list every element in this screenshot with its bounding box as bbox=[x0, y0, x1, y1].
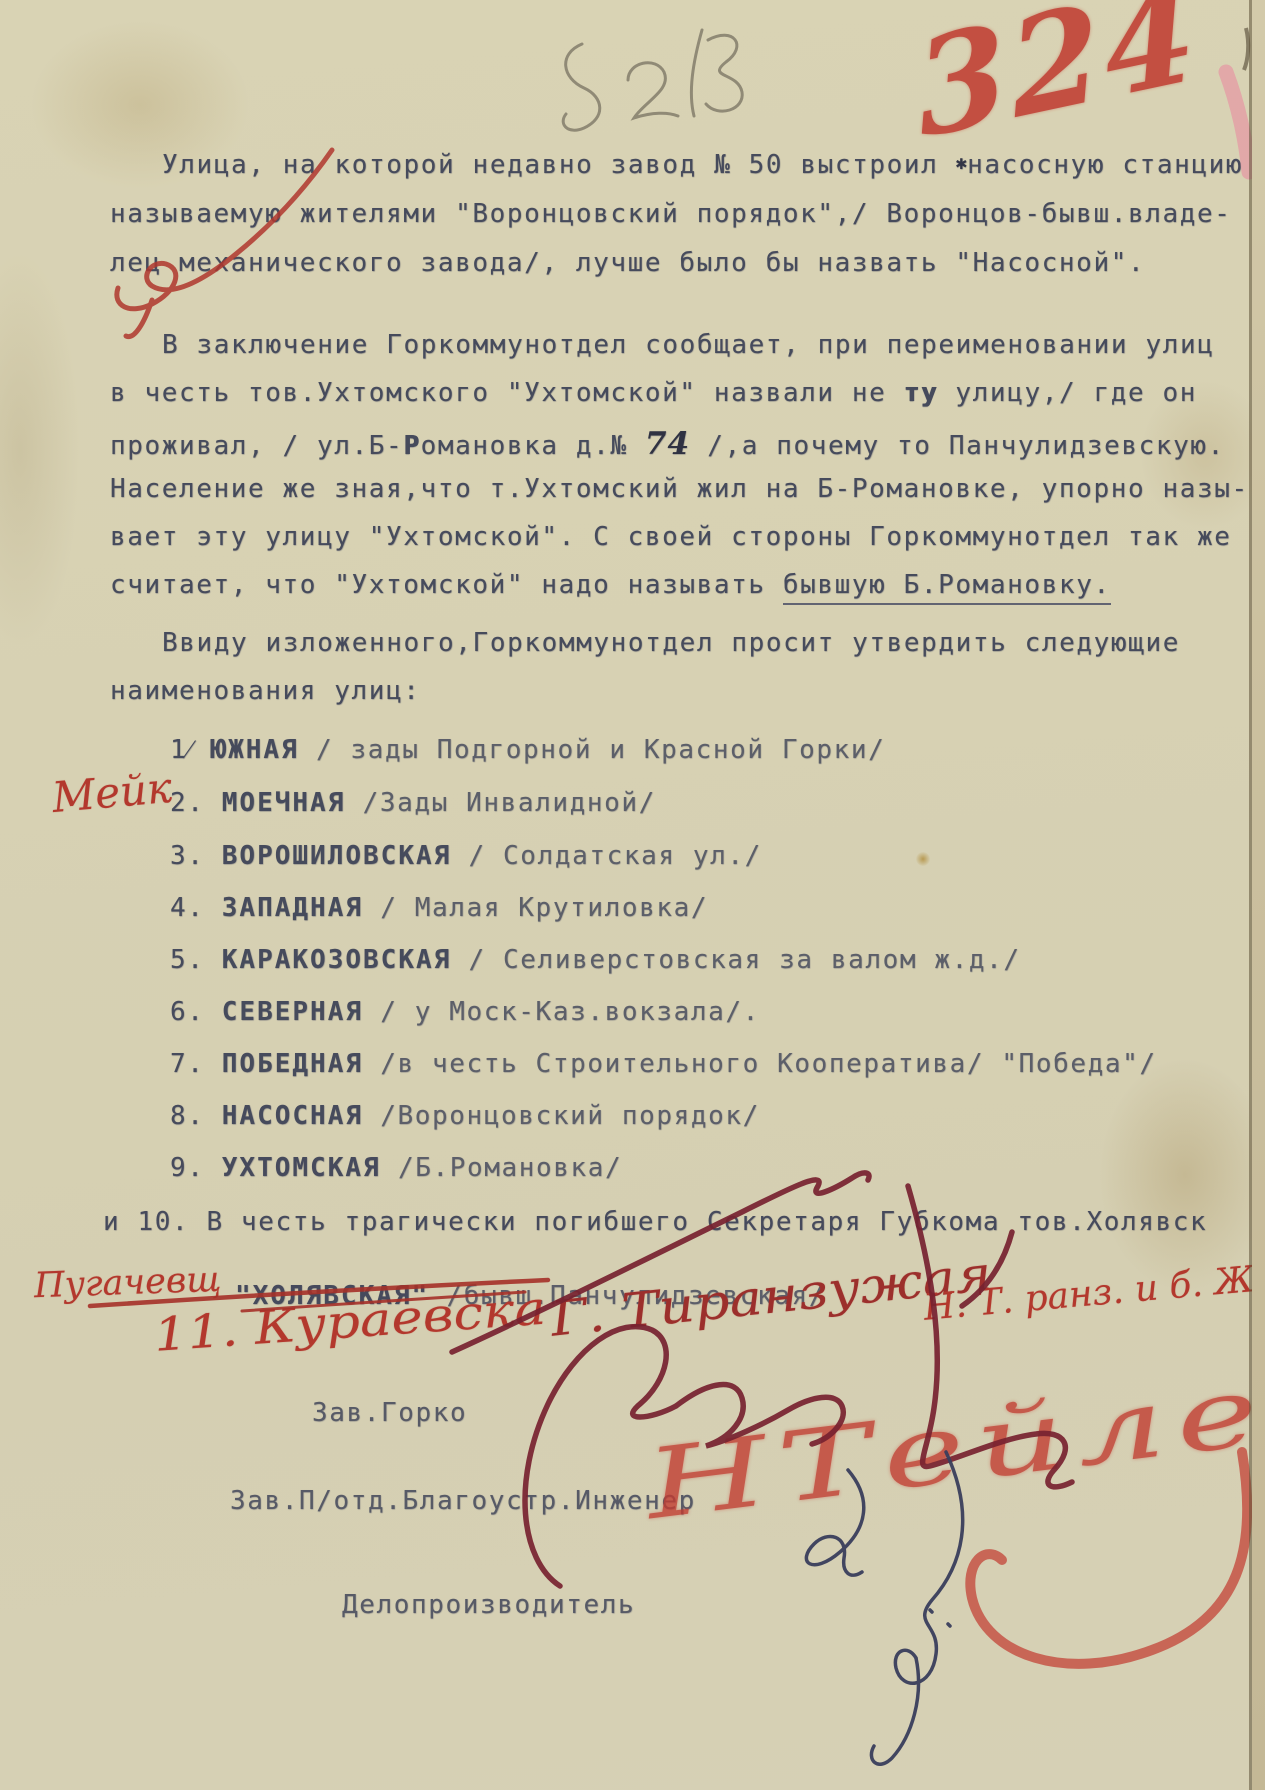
paragraph1-line2: называемую жителями "Воронцовский порядо… bbox=[110, 199, 1231, 229]
street-list-item: 1⁄ ЮЖНАЯ / зады Подгорной и Красной Горк… bbox=[170, 735, 885, 765]
paragraph2-line2: в честь тов.Ухтомского "Ухтомской" назва… bbox=[110, 378, 1197, 408]
underlined-street-name: бывшую Б.Романовку. bbox=[783, 570, 1111, 605]
signature-role-gorkomkhoz: Зав.Горко bbox=[312, 1398, 467, 1428]
p2-l2-post: улицу,/ где он bbox=[938, 378, 1197, 408]
paragraph1-line3: лец механического завода/, лучше было бы… bbox=[110, 248, 1145, 278]
item-number: 3. bbox=[170, 841, 205, 871]
street-old-name: / зады Подгорной и Красной Горки/ bbox=[316, 735, 885, 765]
paragraph1-line1: Улица, на которой недавно завод № 50 выс… bbox=[162, 150, 1243, 180]
street-list-item: 7. ПОБЕДНАЯ /в честь Строительного Коопе… bbox=[170, 1049, 1157, 1079]
p1-l1-rest: насосную станцию bbox=[967, 150, 1243, 180]
street-list-item: 8. НАСОСНАЯ /Воронцовский порядок/ bbox=[170, 1101, 760, 1131]
street-list-item: 3. ВОРОШИЛОВСКАЯ / Солдатская ул./ bbox=[170, 841, 762, 871]
street-list-item: 6. СЕВЕРНАЯ / у Моск-Каз.вокзала/. bbox=[170, 997, 760, 1027]
red-margin-word: Пугачевщ bbox=[33, 1260, 222, 1307]
red-margin-note: Мейк bbox=[50, 763, 174, 822]
scanned-document-page: Улица, на которой недавно завод № 50 выс… bbox=[0, 0, 1265, 1790]
street-name: ЗАПАДНАЯ bbox=[222, 893, 363, 923]
street-list-item: 5. КАРАКОЗОВСКАЯ / Селиверстовская за ва… bbox=[170, 945, 1021, 975]
item-number: 5. bbox=[170, 945, 205, 975]
pencil-note bbox=[563, 30, 742, 130]
p2-l3-pre: проживал, / ул.Б- bbox=[110, 431, 403, 461]
item-number: 8. bbox=[170, 1101, 205, 1131]
paragraph2-line3: проживал, / ул.Б-Романовка д.№ 74 /,а по… bbox=[110, 426, 1225, 462]
street-name: ЮЖНАЯ bbox=[210, 735, 298, 765]
street-name: КАРАКОЗОВСКАЯ bbox=[222, 945, 452, 975]
street-name: СЕВЕРНАЯ bbox=[222, 997, 363, 1027]
street-old-name: /Зады Инвалидной/ bbox=[363, 788, 656, 818]
paragraph2-line1: В заключение Горкоммунотдел сообщает, пр… bbox=[162, 330, 1214, 360]
street-old-name: /Б.Романовка/ bbox=[398, 1153, 622, 1183]
signature-role-engineer: Зав.П/отд.Благоустр.Инженер bbox=[230, 1486, 696, 1516]
item-number: 2. bbox=[170, 788, 205, 818]
street-name: ВОРОШИЛОВСКАЯ bbox=[222, 841, 452, 871]
p2-l2-pre: в честь тов.Ухтомского "Ухтомской" назва… bbox=[110, 378, 904, 408]
item-number: 9. bbox=[170, 1153, 205, 1183]
street-list-item: 2. МОЕЧНАЯ /Зады Инвалидной/ bbox=[170, 788, 656, 818]
item-number: 6. bbox=[170, 997, 205, 1027]
p2-l3-post: /,а почему то Панчулидзевскую. bbox=[690, 431, 1225, 461]
emphasized-word: ту bbox=[904, 378, 939, 408]
street-old-name: /в честь Строительного Кооператива/ "Поб… bbox=[380, 1049, 1156, 1079]
street-name: ПОБЕДНАЯ bbox=[222, 1049, 363, 1079]
page-edge-notch bbox=[1244, 28, 1248, 70]
street-name: УХТОМСКАЯ bbox=[222, 1153, 381, 1183]
signature-role-clerk: Делопроизводитель bbox=[342, 1590, 635, 1620]
street-old-name: / у Моск-Каз.вокзала/. bbox=[380, 997, 760, 1027]
street-list-item: 4. ЗАПАДНАЯ / Малая Крутиловка/ bbox=[170, 893, 708, 923]
street-list-item-10: и 10. В честь трагически погибшего Секре… bbox=[103, 1207, 1207, 1237]
street-old-name: / Солдатская ул./ bbox=[469, 841, 762, 871]
handwritten-house-number: 74 bbox=[645, 426, 690, 462]
paper-stain bbox=[0, 250, 80, 650]
paragraph2-line5: вает эту улицу "Ухтомской". С своей стор… bbox=[110, 522, 1231, 552]
underlying-sheet-edge bbox=[1252, 0, 1265, 1790]
red-page-number: 324 bbox=[909, 0, 1207, 169]
item-number: 1⁄ bbox=[170, 735, 193, 765]
paragraph3-line1: Ввиду изложенного,Горкоммунотдел просит … bbox=[162, 628, 1180, 658]
street-name: МОЕЧНАЯ bbox=[222, 788, 346, 818]
street-name: НАСОСНАЯ bbox=[222, 1101, 363, 1131]
street-old-name: /Воронцовский порядок/ bbox=[380, 1101, 760, 1131]
overstruck-letter: Р bbox=[403, 431, 420, 461]
item-number: 7. bbox=[170, 1049, 205, 1079]
red-pencil-signature: НТейле bbox=[640, 1354, 1265, 1542]
item-number: 4. bbox=[170, 893, 205, 923]
p2-l6-pre: считает, что "Ухтомской" надо называть bbox=[110, 570, 783, 600]
paper-stain bbox=[1100, 1060, 1265, 1290]
street-list-item: 9. УХТОМСКАЯ /Б.Романовка/ bbox=[170, 1153, 622, 1183]
street-old-name: / Малая Крутиловка/ bbox=[380, 893, 708, 923]
paragraph2-line6: считает, что "Ухтомской" надо называть б… bbox=[110, 570, 1111, 600]
street-old-name: / Селиверстовская за валом ж.д./ bbox=[469, 945, 1021, 975]
p2-l3-mid: омановка д.№ bbox=[421, 431, 645, 461]
paper-stain bbox=[916, 852, 930, 866]
p1-l1-text: Улица, на которой недавно завод № 50 выс… bbox=[162, 150, 956, 180]
paragraph3-line2: наименования улиц: bbox=[110, 676, 421, 706]
paragraph2-line4: Население же зная,что т.Ухтомский жил на… bbox=[110, 474, 1249, 504]
